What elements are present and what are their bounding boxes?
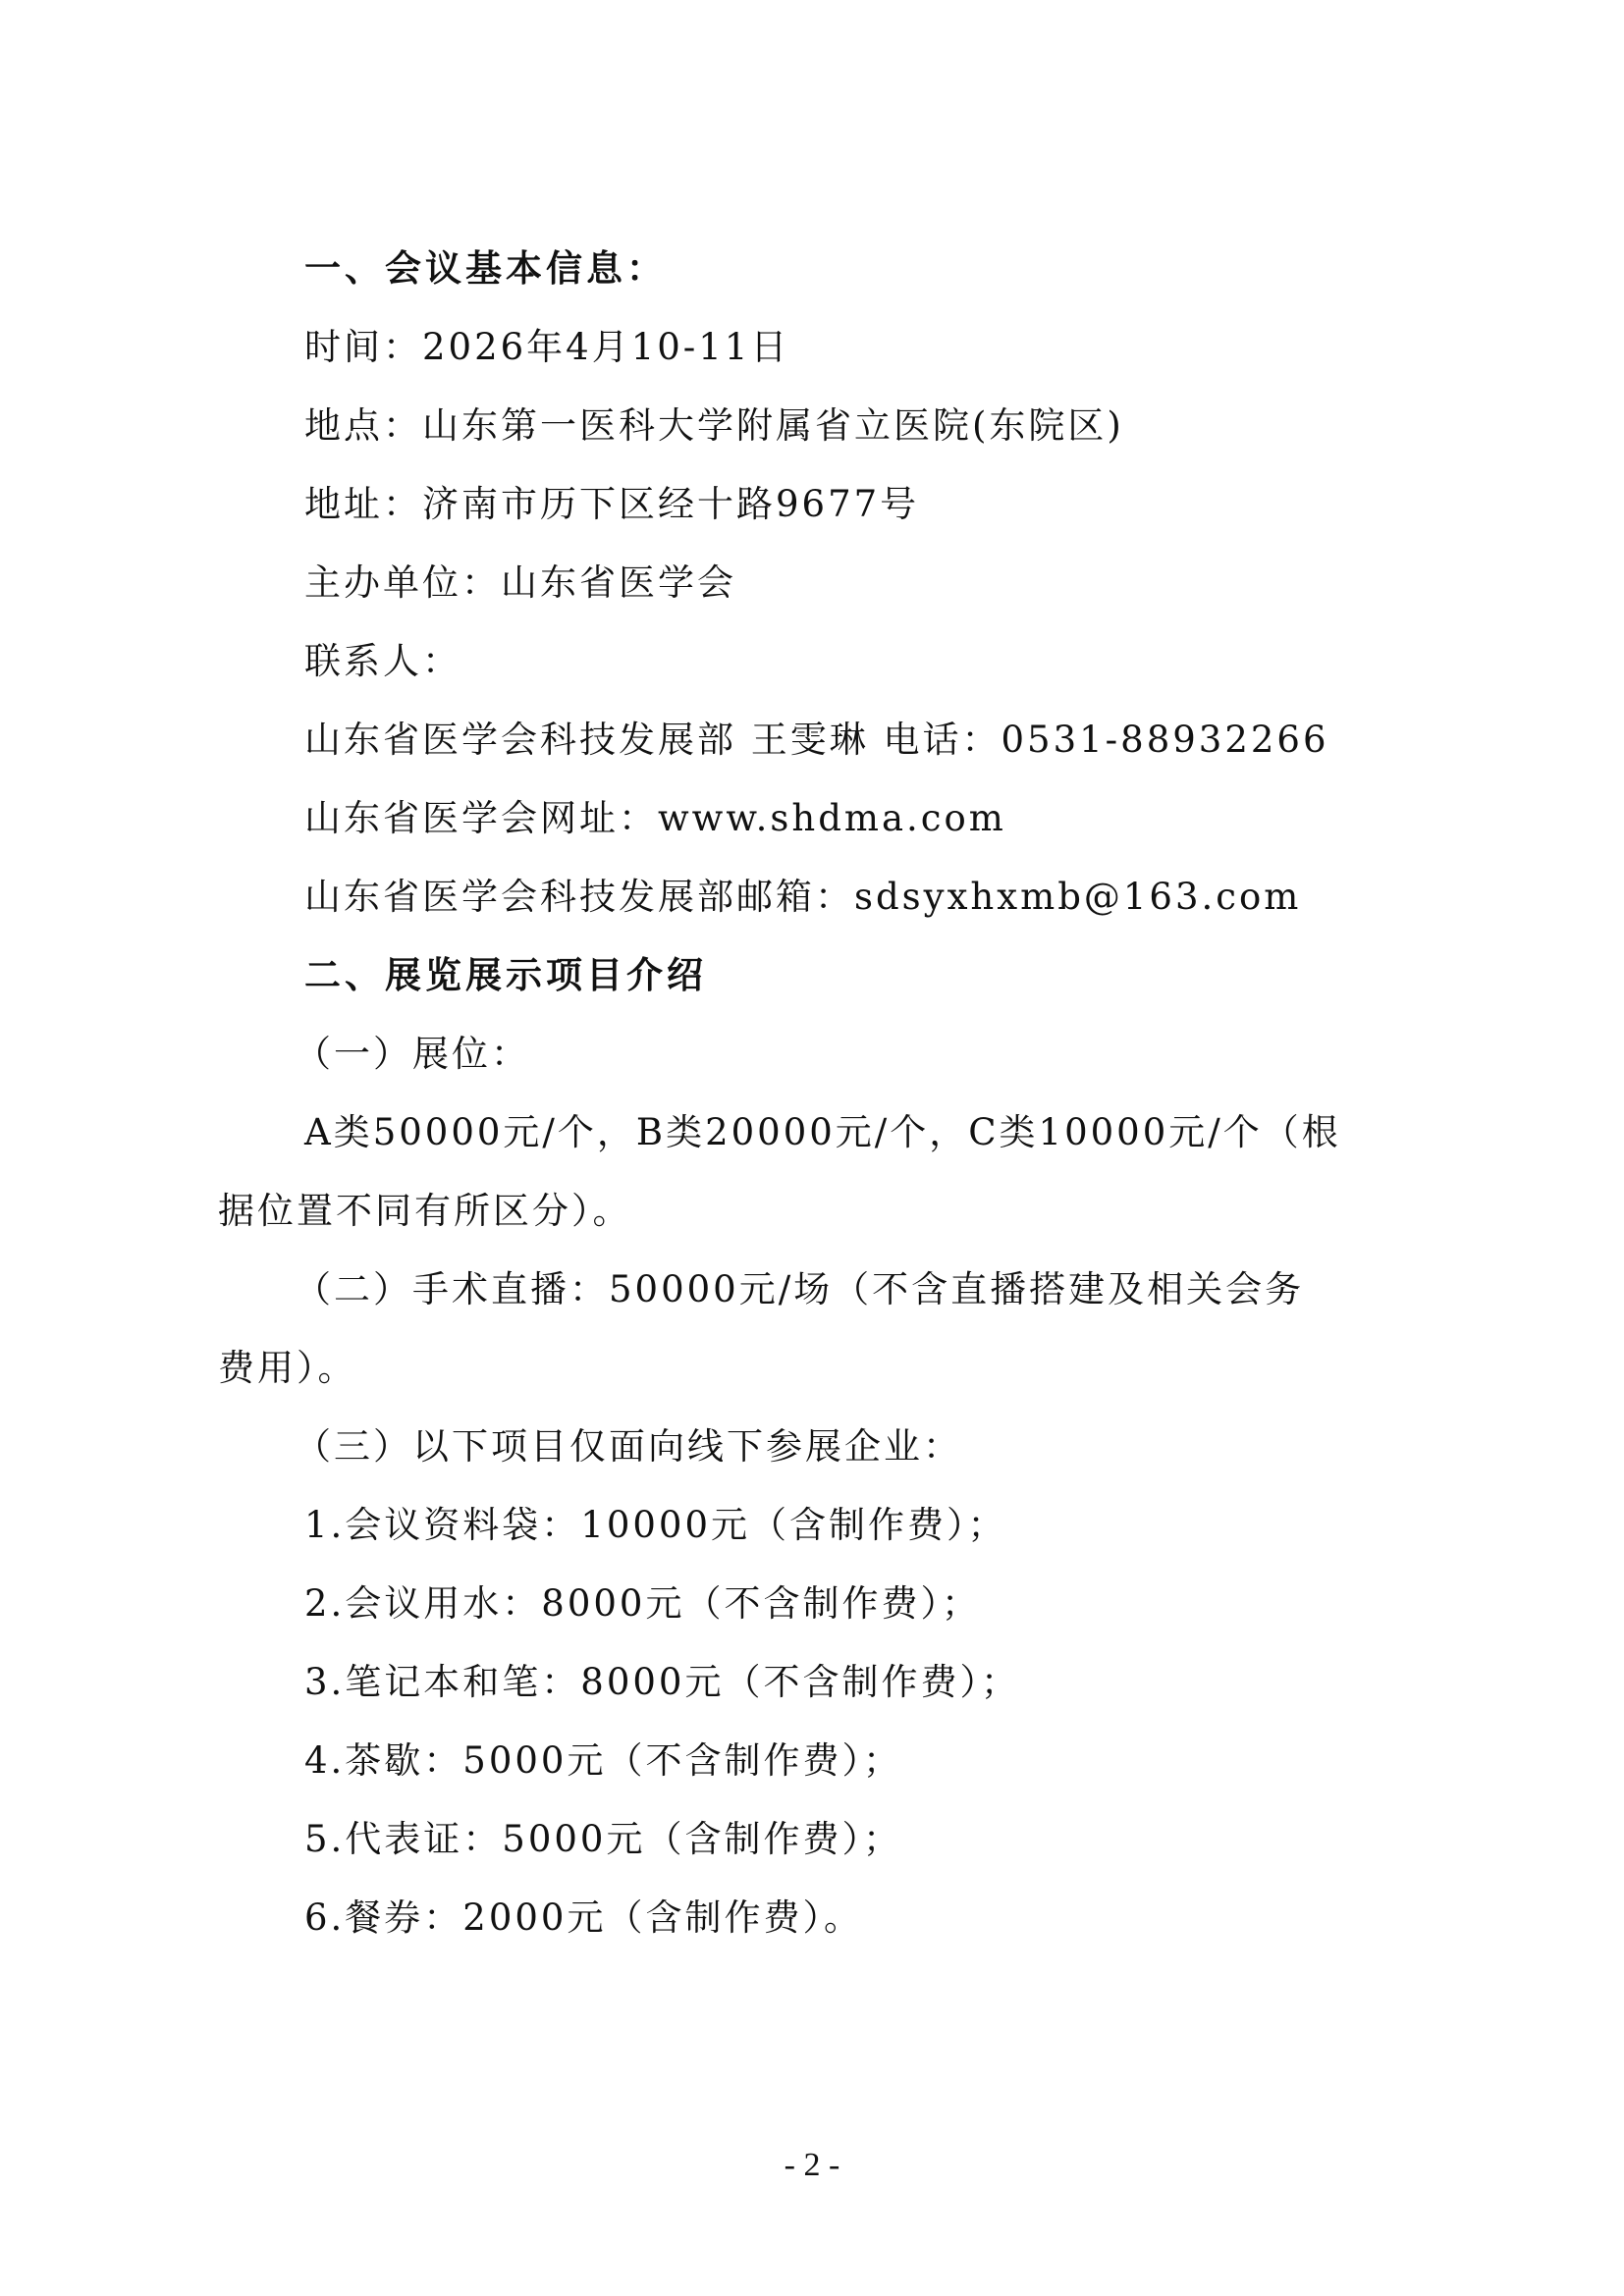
list-item: 3.笔记本和笔：8000元（不含制作费）； — [304, 1659, 1020, 1706]
booth-pricing-line2: 据位置不同有所区分）。 — [218, 1188, 632, 1235]
booth-pricing-line1: A类50000元/个，B类20000元/个，C类10000元/个（根 — [304, 1109, 1341, 1156]
list-item: 4.茶歇：5000元（不含制作费）； — [304, 1737, 902, 1785]
website: 山东省医学会网址：www.shdma.com — [304, 795, 1006, 842]
offline-items-title: （三）以下项目仅面向线下参展企业： — [295, 1423, 962, 1470]
section-heading-exhibition: 二、展览展示项目介绍 — [304, 952, 707, 999]
meeting-organizer: 主办单位：山东省医学会 — [304, 560, 736, 607]
list-item: 1.会议资料袋：10000元（含制作费）； — [304, 1502, 1007, 1549]
meeting-address: 地址：济南市历下区经十路9677号 — [304, 481, 919, 528]
meeting-time: 时间：2026年4月10-11日 — [304, 324, 789, 371]
meeting-venue: 地点：山东第一医科大学附属省立医院(东院区) — [304, 402, 1124, 450]
contact-label: 联系人： — [304, 638, 461, 685]
email: 山东省医学会科技发展部邮箱：sdsyxhxmb@163.com — [304, 874, 1301, 921]
document-page: 一、会议基本信息： 时间：2026年4月10-11日 地点：山东第一医科大学附属… — [0, 0, 1624, 2296]
section-heading-meeting-info: 一、会议基本信息： — [304, 245, 667, 293]
live-surgery-line2: 费用）。 — [218, 1345, 357, 1392]
live-surgery-line1: （二）手术直播：50000元/场（不含直播搭建及相关会务 — [295, 1266, 1304, 1313]
list-item: 6.餐券：2000元（含制作费）。 — [304, 1895, 863, 1942]
list-item: 5.代表证：5000元（含制作费）； — [304, 1816, 902, 1863]
list-item: 2.会议用水：8000元（不含制作费）； — [304, 1580, 981, 1628]
page-number: - 2 - — [0, 2146, 1624, 2185]
booth-title: （一）展位： — [295, 1031, 530, 1078]
contact-person: 山东省医学会科技发展部 王雯琳 电话：0531-88932266 — [304, 717, 1329, 764]
